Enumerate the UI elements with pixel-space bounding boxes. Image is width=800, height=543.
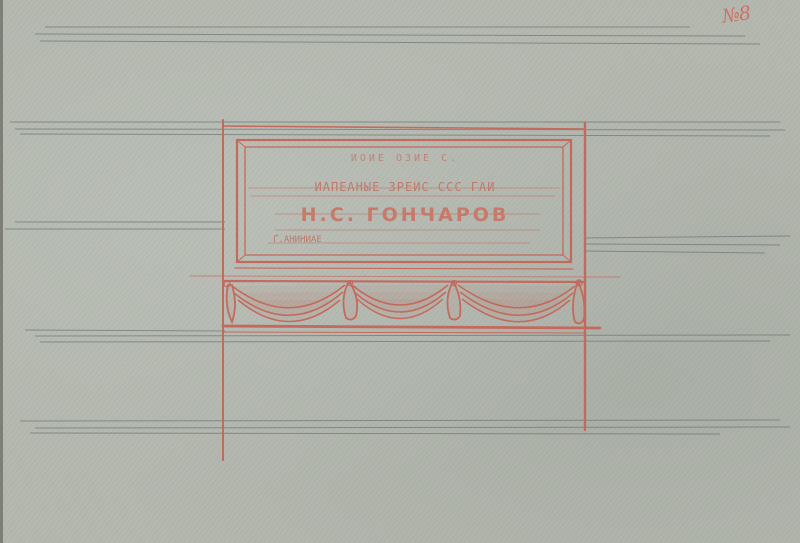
graphite-guidelines: [5, 27, 790, 434]
plaque-text-line-4: Ґ.АНИНИАЕ: [273, 235, 393, 245]
plaque-drawing: [0, 0, 800, 543]
plaque-text-line-2: ИАПЕАНЫЕ ЗРЕИС ССС ГАИ: [240, 180, 570, 194]
drawing-sheet: №8 ИОИЕ ОЗИЕ С. ИАПЕАНЫЕ ЗРЕИС ССС ГАИ Н…: [0, 0, 800, 543]
plaque-text-line-1: ИОИЕ ОЗИЕ С.: [240, 153, 570, 164]
plaque-text-line-3: Н.С. ГОНЧАРОВ: [240, 204, 570, 226]
swag-garland: [224, 280, 584, 323]
sheet-number-annotation: №8: [721, 2, 752, 28]
